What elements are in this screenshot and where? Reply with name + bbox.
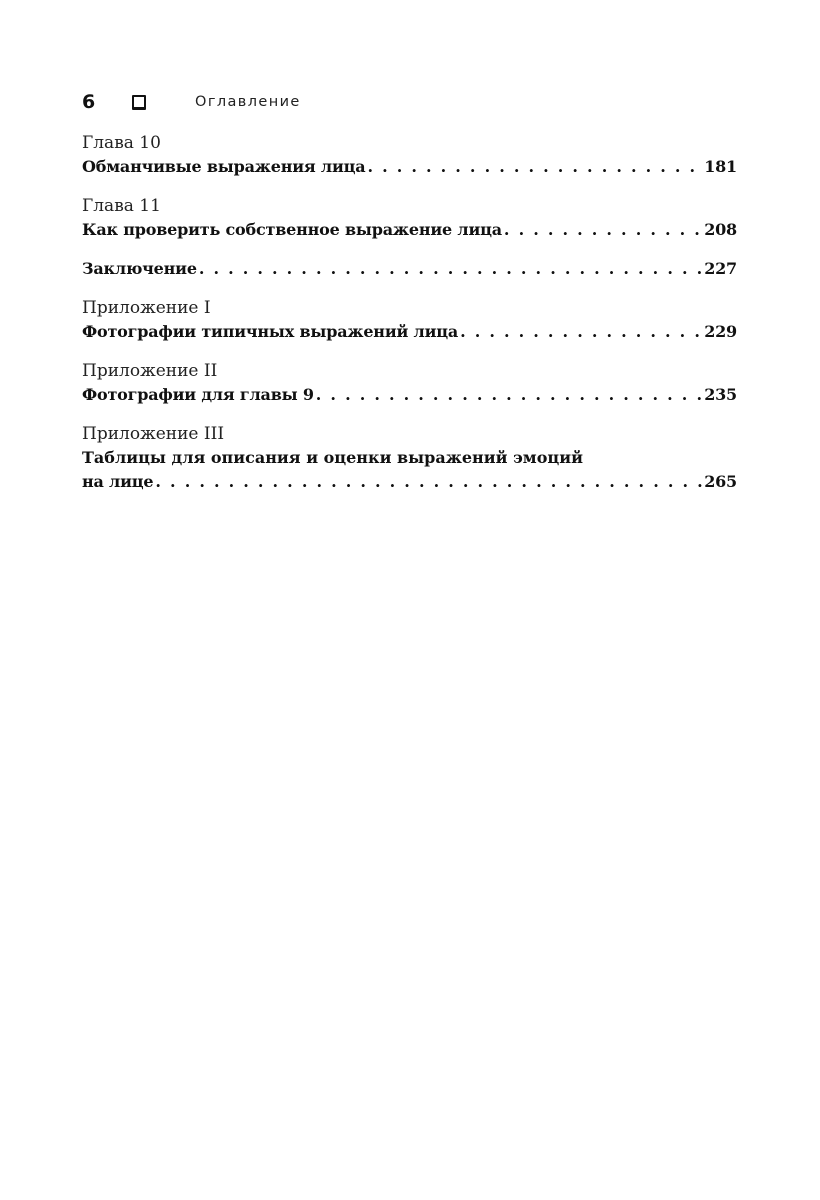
entry-label: Глава 11	[82, 194, 737, 218]
running-header: 6 Оглавление	[82, 89, 301, 115]
entry-title: Заключение	[82, 257, 197, 281]
dot-leader	[460, 320, 702, 344]
entry-title: Фотографии типичных выражений лица	[82, 320, 458, 344]
entry-page: 227	[704, 257, 737, 281]
section-title: Оглавление	[195, 94, 301, 110]
entry-label: Глава 10	[82, 131, 737, 155]
entry-label: Приложение III	[82, 422, 737, 446]
square-bullet-icon	[132, 95, 146, 110]
entry-label: Приложение II	[82, 359, 737, 383]
toc-entry-conclusion[interactable]: Заключение 227	[82, 257, 737, 281]
entry-title: Как проверить собственное выражение лица	[82, 218, 502, 242]
entry-page: 208	[704, 218, 737, 242]
entry-title: Обманчивые выражения лица	[82, 155, 365, 179]
entry-title: Фотографии для главы 9	[82, 383, 314, 407]
entry-page: 235	[704, 383, 737, 407]
toc-entry-chapter-11[interactable]: Глава 11 Как проверить собственное выраж…	[82, 194, 737, 242]
dot-leader	[504, 218, 702, 242]
page-number: 6	[82, 91, 132, 113]
toc-entry-appendix-1[interactable]: Приложение I Фотографии типичных выражен…	[82, 296, 737, 344]
entry-page: 265	[704, 470, 737, 494]
entry-label: Приложение I	[82, 296, 737, 320]
table-of-contents: Глава 10 Обманчивые выражения лица 181 Г…	[82, 131, 737, 509]
toc-entry-chapter-10[interactable]: Глава 10 Обманчивые выражения лица 181	[82, 131, 737, 179]
toc-entry-appendix-2[interactable]: Приложение II Фотографии для главы 9 235	[82, 359, 737, 407]
entry-title-line-1: Таблицы для описания и оценки выражений …	[82, 446, 737, 470]
dot-leader	[316, 383, 702, 407]
toc-entry-appendix-3[interactable]: Приложение III Таблицы для описания и оц…	[82, 422, 737, 494]
entry-page: 181	[704, 155, 737, 179]
dot-leader	[367, 155, 702, 179]
entry-title: на лице	[82, 470, 153, 494]
dot-leader	[199, 257, 702, 281]
dot-leader	[155, 470, 702, 494]
entry-page: 229	[704, 320, 737, 344]
